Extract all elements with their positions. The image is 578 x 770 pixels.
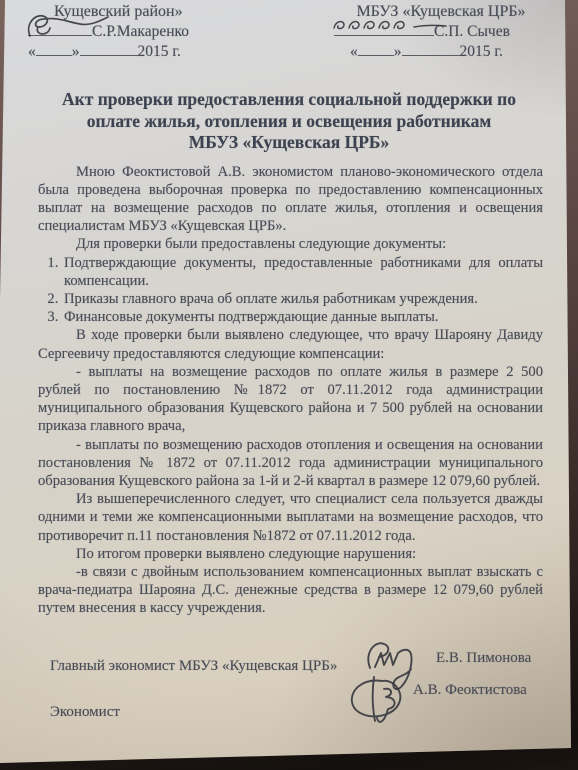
signoff-name-feoktistova: А.В. Феоктистова xyxy=(413,682,527,699)
approval-left-name: С.Р.Макаренко xyxy=(92,23,189,40)
quote-open: « xyxy=(350,43,358,60)
quote-open: « xyxy=(28,43,36,60)
list-item: Приказы главного врача об оплате жилья р… xyxy=(62,290,543,308)
documents-list: Подтверждающие документы, предоставленны… xyxy=(38,254,543,327)
title-line-2: оплате жилья, отопления и освещения рабо… xyxy=(28,111,550,133)
signature-blank-left xyxy=(28,24,92,36)
date-blank-day xyxy=(358,44,394,56)
date-blank-month xyxy=(80,44,138,56)
approval-header: Кущевский район» С.Р.Макаренко «»2015 г.… xyxy=(28,2,548,62)
date-blank-day xyxy=(36,44,72,56)
quote-close: » xyxy=(394,43,402,60)
approval-right-signature-line: С.П. Сычев xyxy=(334,22,548,42)
approval-left-org: Кущевский район» xyxy=(28,2,206,22)
approval-left-date: «»2015 г. xyxy=(28,42,206,62)
quote-close: » xyxy=(72,43,80,60)
paragraph-conclusion: Из вышеперечисленного следует, что специ… xyxy=(38,490,543,545)
approval-left: Кущевский район» С.Р.Макаренко «»2015 г. xyxy=(28,2,206,62)
signature-blank-right xyxy=(334,24,434,36)
date-blank-month xyxy=(402,44,460,56)
list-item: Подтверждающие документы, предоставленны… xyxy=(62,254,543,290)
paragraph-intro: Мною Феоктистовой А.В. экономистом плано… xyxy=(38,163,543,236)
approval-right-date: «»2015 г. xyxy=(350,42,548,62)
photo-background: Кущевский район» С.Р.Макаренко «»2015 г.… xyxy=(0,0,578,770)
paragraph-findings: В ходе проверки были выявлено следующее,… xyxy=(38,326,543,362)
title-line-3: МБУЗ «Кущевская ЦРБ» xyxy=(28,132,550,154)
list-item: Финансовые документы подтверждающие данн… xyxy=(62,308,543,326)
paragraph-violation: -в связи с двойным использованием компен… xyxy=(38,563,543,618)
approval-right-org: МБУЗ «Кущевская ЦРБ» xyxy=(334,2,548,22)
signature-feoktistova-scribble xyxy=(344,674,422,728)
signoff-name-pimonova: Е.В. Пимонова xyxy=(436,650,531,667)
signoff-position-economist: Экономист xyxy=(50,704,120,721)
approval-left-year: 2015 г. xyxy=(138,43,181,60)
document-title: Акт проверки предоставления социальной п… xyxy=(28,89,550,154)
paragraph-docs-intro: Для проверки были предоставлены следующи… xyxy=(38,235,543,253)
signoff-block: Главный экономист МБУЗ «Кущевская ЦРБ» Е… xyxy=(0,642,578,770)
approval-left-signature-line: С.Р.Макаренко xyxy=(28,22,206,42)
paragraph-comp-housing: - выплаты на возмещение расходов по опла… xyxy=(38,363,543,436)
document-body: Мною Феоктистовой А.В. экономистом плано… xyxy=(38,163,543,618)
document-page: Кущевский район» С.Р.Макаренко «»2015 г.… xyxy=(0,0,578,770)
approval-right: МБУЗ «Кущевская ЦРБ» С.П. Сычев «»2015 г… xyxy=(334,2,548,62)
title-line-1: Акт проверки предоставления социальной п… xyxy=(28,89,550,111)
signoff-position-chief-economist: Главный экономист МБУЗ «Кущевская ЦРБ» xyxy=(50,658,337,675)
approval-right-year: 2015 г. xyxy=(460,43,503,60)
paragraph-violations-intro: По итогом проверки выявлено следующие на… xyxy=(38,545,543,563)
approval-right-name: С.П. Сычев xyxy=(434,23,510,40)
paragraph-comp-heating: - выплаты по возмещению расходов отоплен… xyxy=(38,436,543,491)
